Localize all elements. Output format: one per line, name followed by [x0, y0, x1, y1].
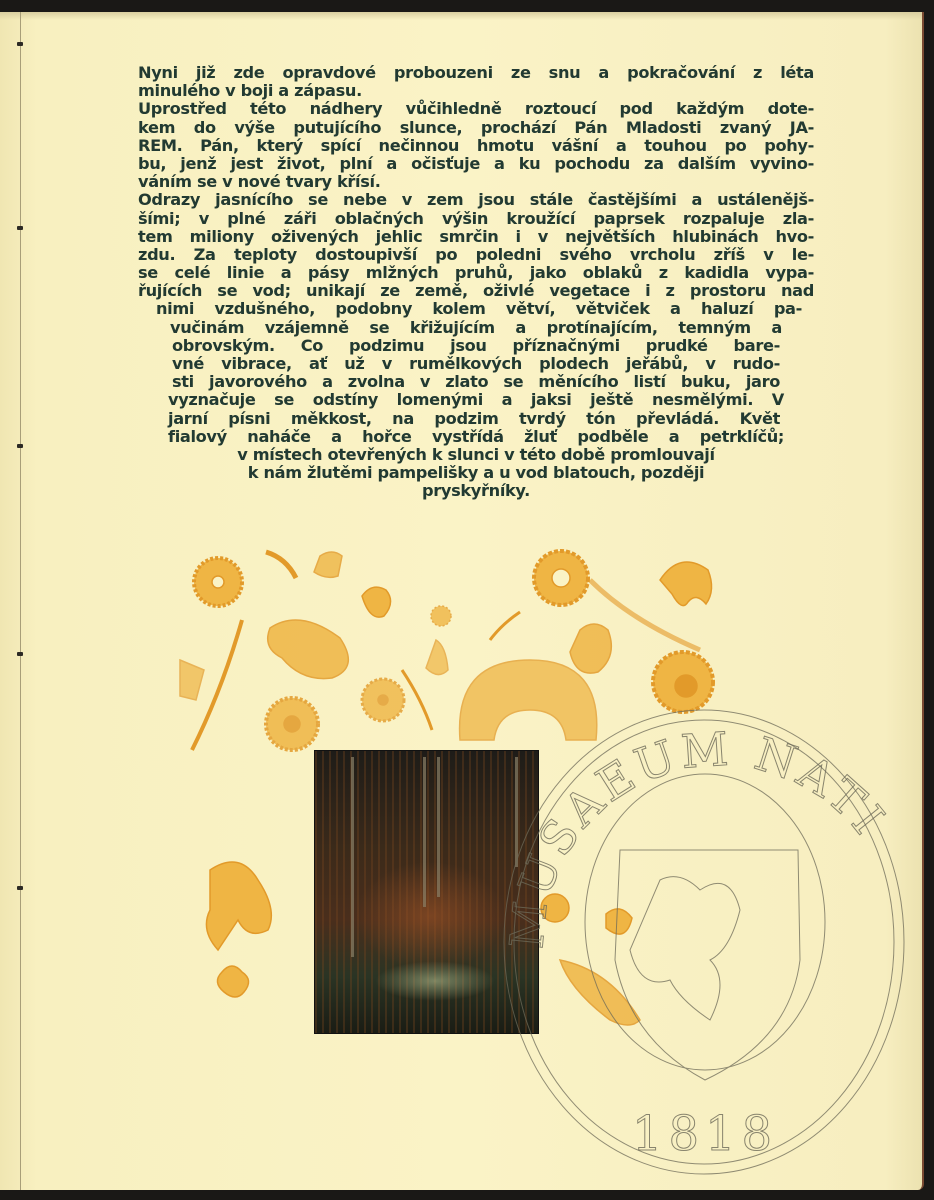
text-line: kem do výše putujícího slunce, prochází …: [138, 119, 814, 137]
plate-tree: [515, 757, 518, 867]
text-line: vučinám vzájemně se křižujícím a protína…: [138, 319, 782, 337]
text-line: obrovským. Co podzimu jsou příznačnými p…: [138, 337, 780, 355]
plate-tree: [351, 757, 354, 957]
text-line: v místech otevřených k slunci v této dob…: [138, 446, 814, 464]
text-line: fialový naháče a hořce vystřídá žluť pod…: [138, 428, 784, 446]
binding-stitch: [17, 226, 23, 230]
binding-gutter: [20, 12, 21, 1190]
text-line: bu, jenž jest život, plní a očisťuje a k…: [138, 155, 814, 173]
body-text: Nyni již zde opravdové probouzeni ze snu…: [138, 64, 814, 501]
text-line: Uprostřed této nádhery vůčihledně roztou…: [138, 100, 814, 118]
text-line: k nám žlutěmi pampelišky a u vod blatouc…: [138, 464, 814, 482]
text-line: nimi vzdušného, podobny kolem větví, vět…: [138, 300, 802, 318]
text-line: vyznačuje se odstíny lomenými a jaksi je…: [138, 391, 784, 409]
plate-tree: [423, 757, 426, 907]
binding-stitch: [17, 444, 23, 448]
binding-stitch: [17, 42, 23, 46]
text-line: se celé linie a pásy mlžných pruhů, jako…: [138, 264, 814, 282]
text-line: šími; v plné záři oblačných výšin krouží…: [138, 210, 814, 228]
text-line: REM. Pán, který spící nečinnou hmotu váš…: [138, 137, 814, 155]
plate-tree: [437, 757, 440, 897]
text-line: sti javorového a zvolna v zlato se měníc…: [138, 373, 780, 391]
text-line: minulého v boji a zápasu.: [138, 82, 814, 100]
text-line: zdu. Za teploty dostoupivší po poledni s…: [138, 246, 814, 264]
binding-stitch: [17, 652, 23, 656]
text-line: pryskyřníky.: [138, 482, 814, 500]
binding-stitch: [17, 886, 23, 890]
text-line: řujících se vod; unikají ze země, oživlé…: [138, 282, 814, 300]
text-line: Nyni již zde opravdové probouzeni ze snu…: [138, 64, 814, 82]
text-line: Odrazy jasnícího se nebe v zem jsou stál…: [138, 191, 814, 209]
text-line: jarní písni měkkost, na podzim tvrdý tón…: [138, 410, 780, 428]
text-line: váním se v nové tvary křísí.: [138, 173, 814, 191]
plate-light: [355, 861, 505, 971]
text-line: tem miliony oživených jehlic smrčin i v …: [138, 228, 814, 246]
plate-path: [375, 961, 495, 1001]
forest-print-image: [314, 750, 539, 1034]
page-edge-shadow: [0, 12, 922, 20]
text-line: vné vibrace, ať už v rumělkových plodech…: [138, 355, 780, 373]
